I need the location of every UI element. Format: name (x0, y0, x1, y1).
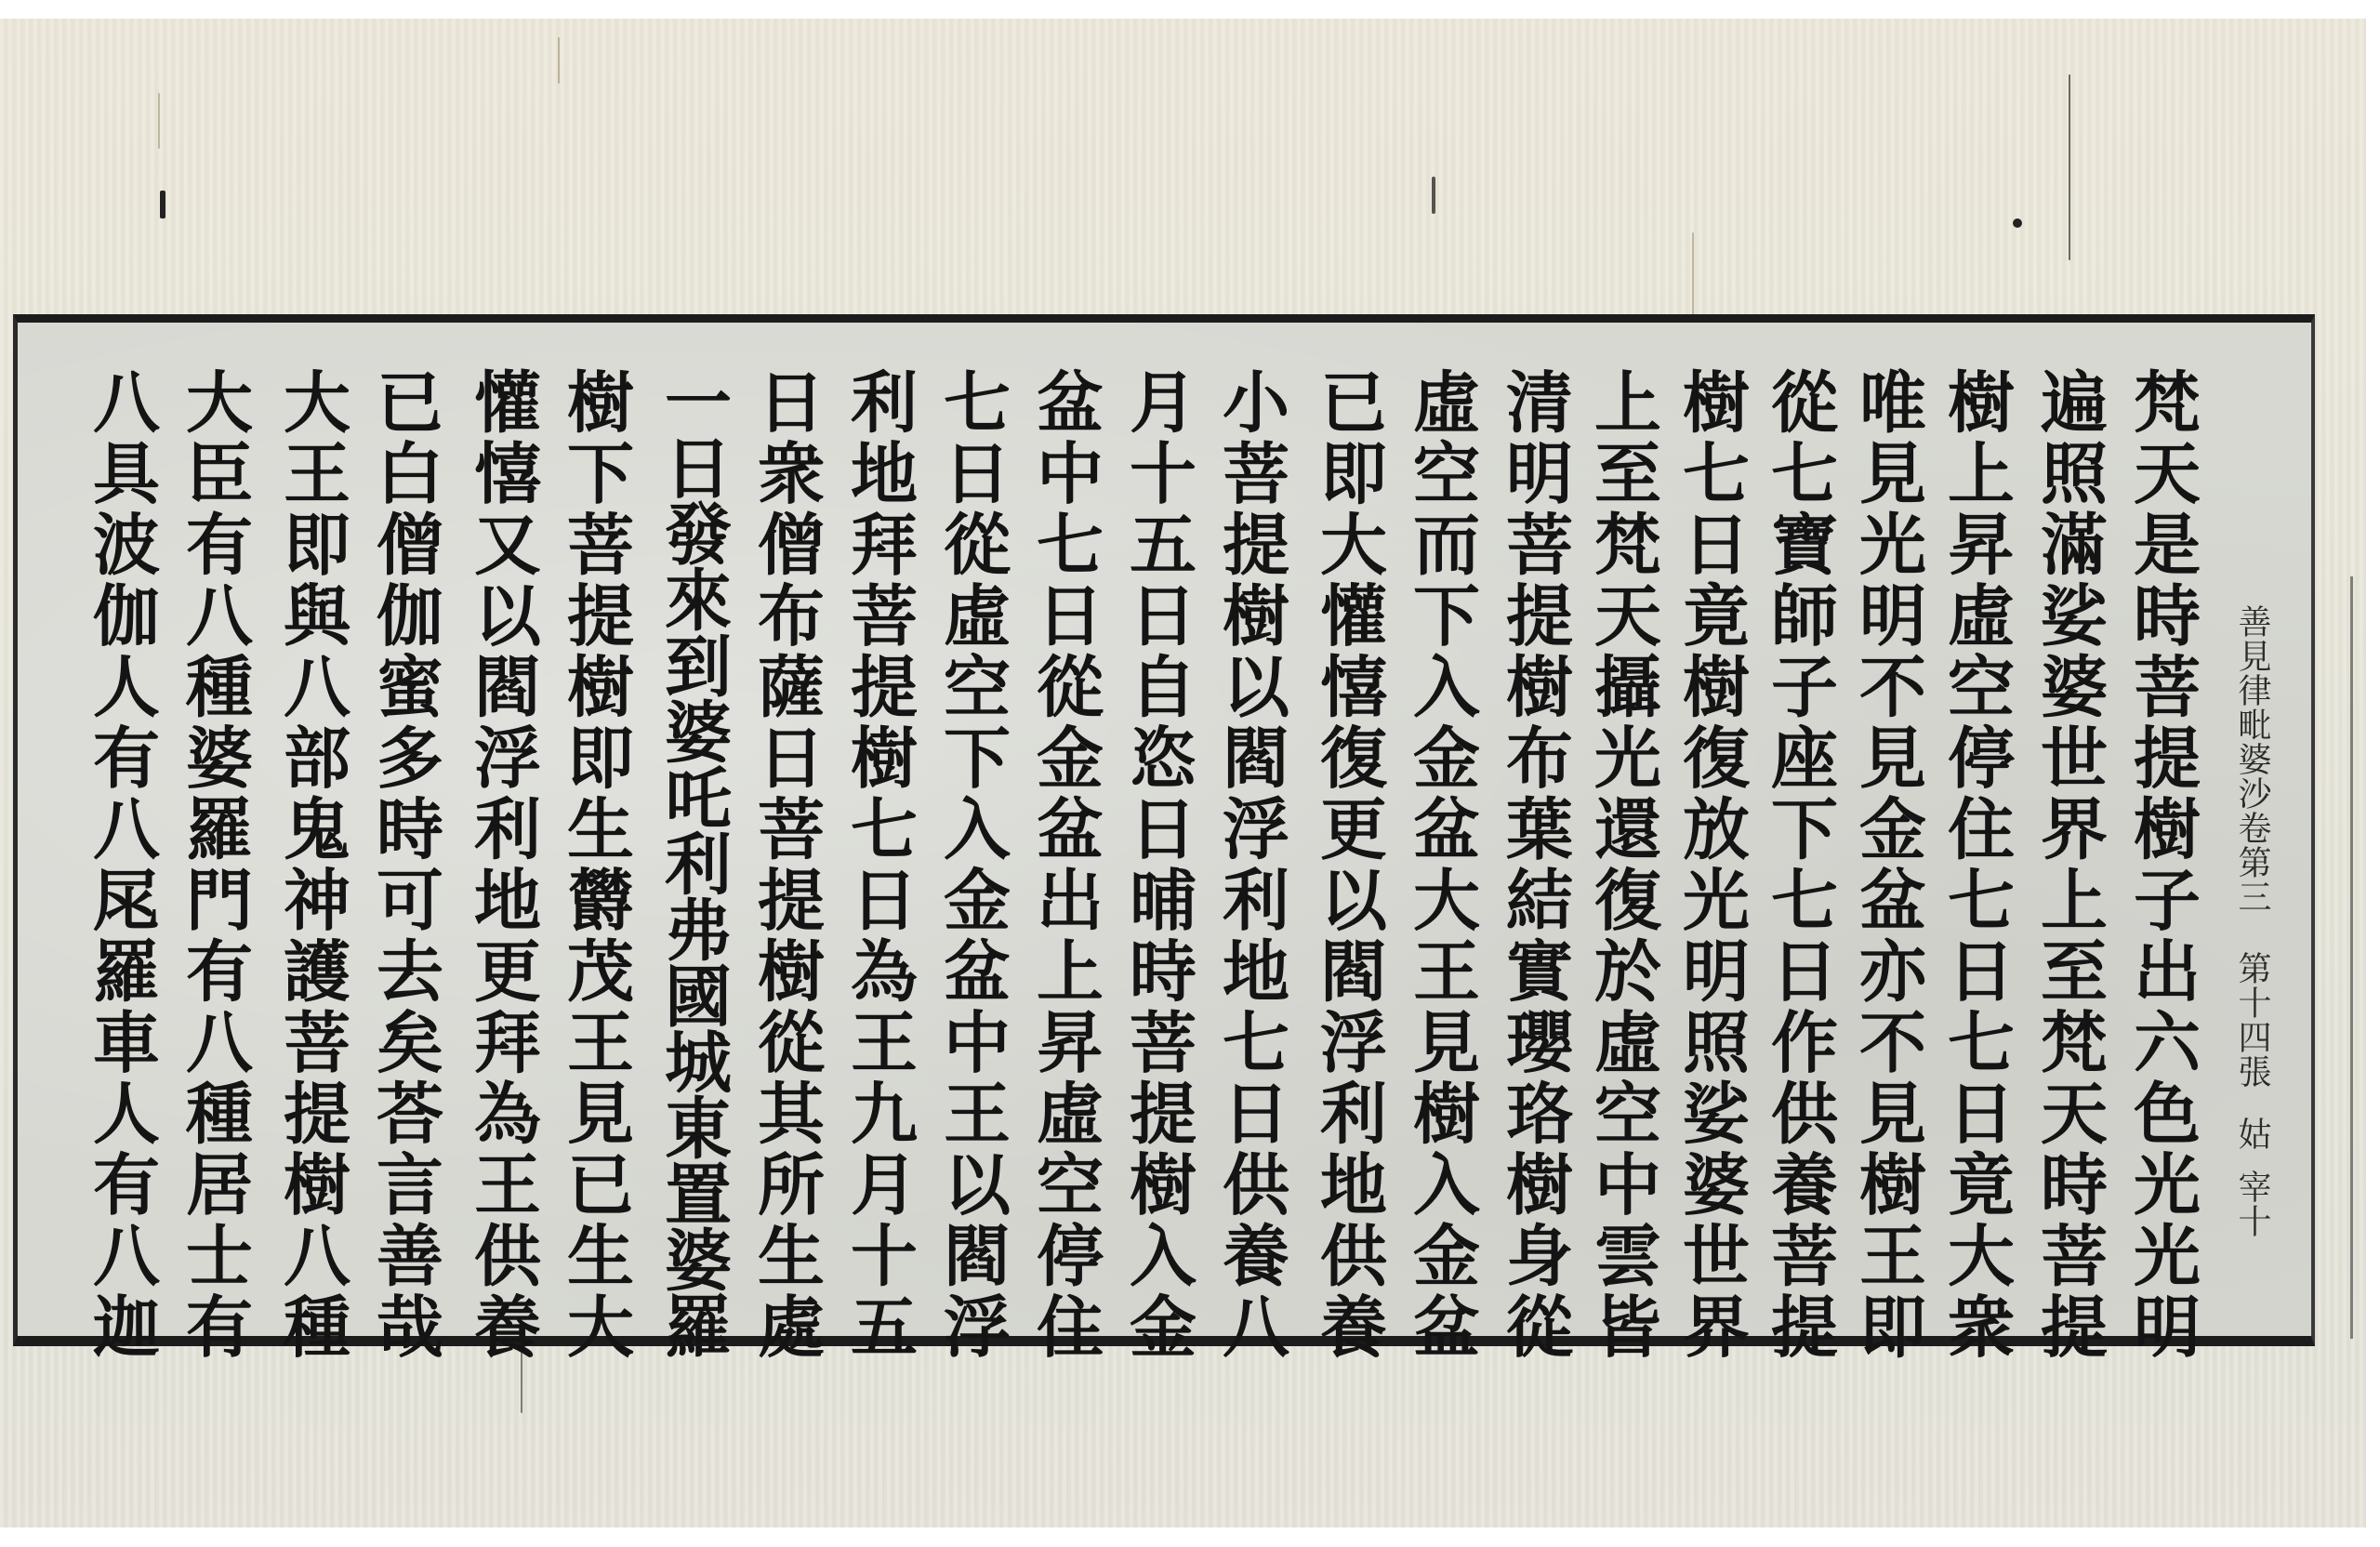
margin-mark-2: 宰十 (2233, 1170, 2271, 1238)
text-column-18: 樹下菩提樹即生欝茂王見已生大 (553, 367, 637, 1363)
text-column-2: 遍照滿娑婆世界上至梵天時菩提 (2027, 367, 2110, 1363)
text-column-7: 上至梵天攝光還復於虛空中雲皆 (1580, 367, 1664, 1363)
text-column-11: 小菩提樹以閻浮利地七日供養八 (1209, 367, 1292, 1363)
paper-fiber (2013, 218, 2022, 228)
text-column-14: 七日從虛空下入金盆中王以閻浮 (930, 367, 1013, 1363)
text-column-13: 盆中七日從金盆出上昇虛空停住 (1023, 367, 1106, 1363)
text-column-23: 八具波伽人有八㞑羅車人有八迦 (79, 367, 163, 1363)
paper-fiber (558, 37, 560, 84)
paper-fiber (158, 93, 160, 149)
paper-fiber (160, 191, 165, 218)
text-column-16: 日衆僧布薩日菩提樹從其所生處 (744, 367, 827, 1363)
text-column-15: 利地拜菩提樹七日為王九月十五 (837, 367, 920, 1363)
paper-fiber (1432, 177, 1435, 214)
text-column-8: 清明菩提樹布葉結實瓔珞樹身從 (1492, 367, 1576, 1363)
text-column-22: 大臣有八種婆羅門有八種居士有 (172, 367, 256, 1363)
margin-sheet-number: 第十四張 (2233, 951, 2271, 1089)
text-column-5: 從七寶師子座下七日作供養菩提 (1757, 367, 1841, 1363)
margin-title: 善見律毗婆沙卷第三 (2233, 604, 2271, 914)
text-column-21: 大王即與八部鬼神護菩提樹八種 (270, 367, 353, 1363)
text-column-3: 樹上昇虛空停住七日七日竟大衆 (1934, 367, 2017, 1363)
text-column-17: 一日發來到婆吒利弗國城東置婆羅 (651, 367, 734, 1357)
text-column-4: 唯見光明不見金盆亦不見樹王即 (1845, 367, 1929, 1363)
margin-mark-1: 姑 (2233, 1117, 2271, 1151)
text-column-6: 樹七日竟樹復放光明照娑婆世界 (1669, 367, 1752, 1363)
text-column-10: 已即大懽憘復更以閻浮利地供養 (1306, 367, 1390, 1363)
margin-rule (2350, 576, 2353, 1339)
text-column-1: 梵天是時菩提樹子出六色光光明 (2120, 367, 2203, 1363)
paper-fiber (2069, 74, 2070, 260)
text-column-20: 已白僧伽蜜多時可去矣荅言善哉 (363, 367, 446, 1363)
paper-fiber (1692, 232, 1694, 325)
text-column-12: 月十五日自恣日晡時菩提樹入金 (1116, 367, 1199, 1363)
margin-column: 善見律毗婆沙卷第三第十四張姑宰十 (2231, 604, 2272, 1238)
text-column-19: 懽憘又以閻浮利地更拜為王供養 (460, 367, 544, 1363)
text-column-9: 虛空而下入金盆大王見樹入金盆 (1399, 367, 1483, 1363)
